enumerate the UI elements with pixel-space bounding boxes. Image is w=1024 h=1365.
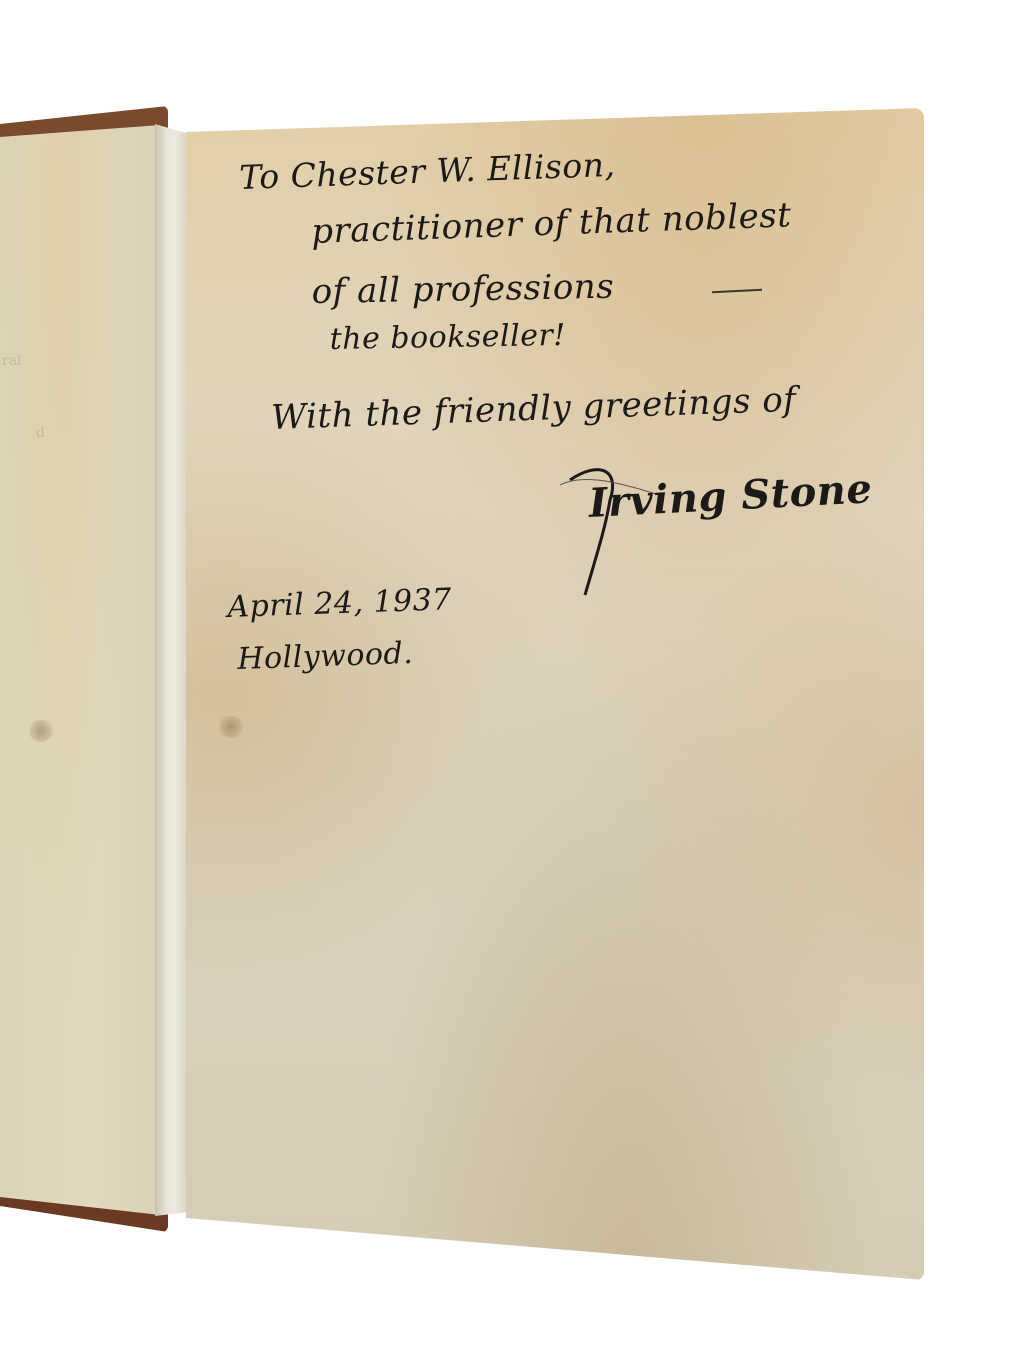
- showthrough-text: ral: [2, 353, 22, 369]
- stain-mark: [28, 720, 54, 742]
- inscription-place: Hollywood.: [237, 636, 414, 677]
- front-pastedown-endpaper: ral d: [0, 125, 160, 1215]
- showthrough-text: d: [36, 425, 45, 441]
- inscription-line-3: of all professions: [311, 267, 614, 312]
- inscription-line-4: the bookseller!: [329, 318, 566, 357]
- stain-mark: [218, 716, 244, 738]
- book-hinge-gutter: [155, 124, 189, 1216]
